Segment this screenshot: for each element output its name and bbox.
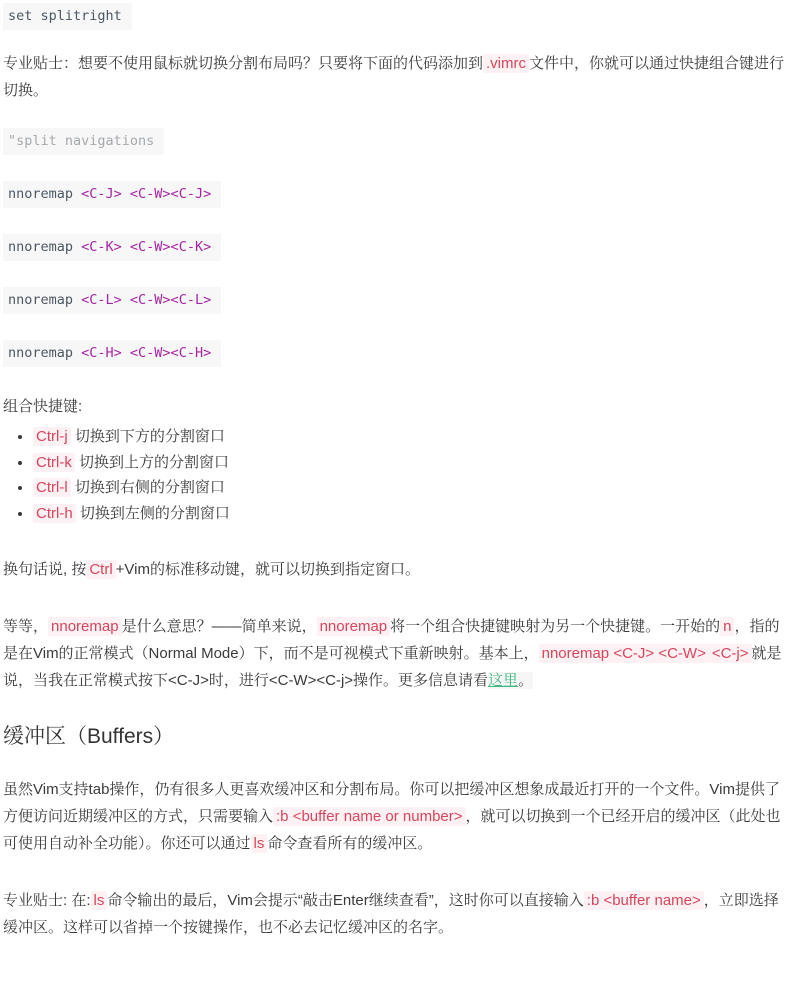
code-block-set-splitright: set splitright xyxy=(3,3,786,30)
code-block-nnoremap-ck: nnoremap <C-K> <C-W><C-K> xyxy=(3,234,786,261)
list-item: Ctrl-h 切换到左侧的分割窗口 xyxy=(33,501,786,527)
text-run: 等等， xyxy=(3,618,48,635)
code-comment: "split navigations xyxy=(8,133,154,149)
code-line: nnoremap <C-K> <C-W><C-K> xyxy=(3,234,221,261)
paragraph-nnoremap-explain: 等等，nnoremap是什么意思？——简单来说，nnoremap将一个组合快捷键… xyxy=(3,613,786,694)
text-run: 切换到下方的分割窗口 xyxy=(71,428,225,445)
inline-code: :b <buffer name or number> xyxy=(273,807,466,826)
inline-code: Ctrl-l xyxy=(33,478,71,497)
code-line: nnoremap <C-J> <C-W><C-J> xyxy=(3,181,221,208)
text-run: 切换到左侧的分割窗口 xyxy=(76,505,230,522)
code-block-split-navigations-comment: "split navigations xyxy=(3,128,786,155)
code-text: nnoremap xyxy=(8,292,81,308)
code-line: nnoremap <C-H> <C-W><C-H> xyxy=(3,340,221,367)
code-block-nnoremap-ch: nnoremap <C-H> <C-W><C-H> xyxy=(3,340,786,367)
article-content: set splitright 专业贴士：想要不使用鼠标就切换分割布局吗？只要将下… xyxy=(0,0,804,987)
code-text: nnoremap xyxy=(8,239,81,255)
code-line: "split navigations xyxy=(3,128,164,155)
list-item: Ctrl-j 切换到下方的分割窗口 xyxy=(33,424,786,450)
text-run: 换句话说, 按 xyxy=(3,561,86,578)
inline-code: nnoremap xyxy=(48,617,122,636)
paragraph-pro-tip-splits: 专业贴士：想要不使用鼠标就切换分割布局吗？只要将下面的代码添加到.vimrc文件… xyxy=(3,50,786,104)
inline-link[interactable]: 这里 xyxy=(488,672,518,689)
text-run: 专业贴士: 在: xyxy=(3,892,91,909)
inline-code: ls xyxy=(251,834,268,853)
code-line: nnoremap <C-L> <C-W><C-L> xyxy=(3,287,221,314)
inline-code: .vimrc xyxy=(483,54,529,73)
paragraph-in-other-words: 换句话说, 按Ctrl+Vim的标准移动键，就可以切换到指定窗口。 xyxy=(3,556,786,583)
code-text: nnoremap xyxy=(8,186,81,202)
text-run: 将一个组合快捷键映射为另一个快捷键。一开始的 xyxy=(390,618,720,635)
code-key: <C-L> <C-W><C-L> xyxy=(81,292,211,308)
list-item: Ctrl-k 切换到上方的分割窗口 xyxy=(33,450,786,476)
text-run: 专业贴士：想要不使用鼠标就切换分割布局吗？只要将下面的代码添加到 xyxy=(3,55,483,72)
text-run: 命令查看所有的缓冲区。 xyxy=(267,835,432,852)
inline-code: :b <buffer name> xyxy=(584,891,704,910)
link-tail: 。 xyxy=(518,672,533,689)
text-run: 切换到上方的分割窗口 xyxy=(75,454,229,471)
code-text: nnoremap xyxy=(8,345,81,361)
inline-code: <C-j> xyxy=(709,644,752,663)
code-text: set splitright xyxy=(8,8,122,24)
code-block-nnoremap-cl: nnoremap <C-L> <C-W><C-L> xyxy=(3,287,786,314)
text-run: 组合快捷键: xyxy=(3,398,82,415)
text-run: 命令输出的最后，Vim会提示“敲击Enter继续查看”，这时你可以直接输入 xyxy=(107,892,583,909)
inline-code: Ctrl-h xyxy=(33,504,76,523)
code-key: <C-H> <C-W><C-H> xyxy=(81,345,211,361)
inline-code: n xyxy=(720,617,734,636)
inline-code: nnoremap <C-J> <C-W> xyxy=(539,644,709,663)
section-heading-buffers: 缓冲区（Buffers） xyxy=(3,722,786,752)
text-run: 是什么意思？——简单来说， xyxy=(122,618,317,635)
code-key: <C-J> <C-W><C-J> xyxy=(81,186,211,202)
inline-code: Ctrl-k xyxy=(33,453,75,472)
inline-code: Ctrl-j xyxy=(33,427,71,446)
inline-code: Ctrl xyxy=(86,560,115,579)
inline-code: nnoremap xyxy=(317,617,391,636)
code-key: <C-K> <C-W><C-K> xyxy=(81,239,211,255)
paragraph-shortcut-intro: 组合快捷键: xyxy=(3,393,786,420)
text-run: 切换到右侧的分割窗口 xyxy=(71,479,225,496)
paragraph-pro-tip-ls: 专业贴士: 在:ls命令输出的最后，Vim会提示“敲击Enter继续查看”，这时… xyxy=(3,887,786,941)
shortcut-list: Ctrl-j 切换到下方的分割窗口Ctrl-k 切换到上方的分割窗口Ctrl-l… xyxy=(3,424,786,526)
code-line: set splitright xyxy=(3,3,132,30)
list-item: Ctrl-l 切换到右侧的分割窗口 xyxy=(33,475,786,501)
code-block-nnoremap-cj: nnoremap <C-J> <C-W><C-J> xyxy=(3,181,786,208)
paragraph-buffers-intro: 虽然Vim支持tab操作，仍有很多人更喜欢缓冲区和分割布局。你可以把缓冲区想象成… xyxy=(3,776,786,857)
inline-code: ls xyxy=(91,891,108,910)
text-run: +Vim的标准移动键，就可以切换到指定窗口。 xyxy=(116,561,420,578)
